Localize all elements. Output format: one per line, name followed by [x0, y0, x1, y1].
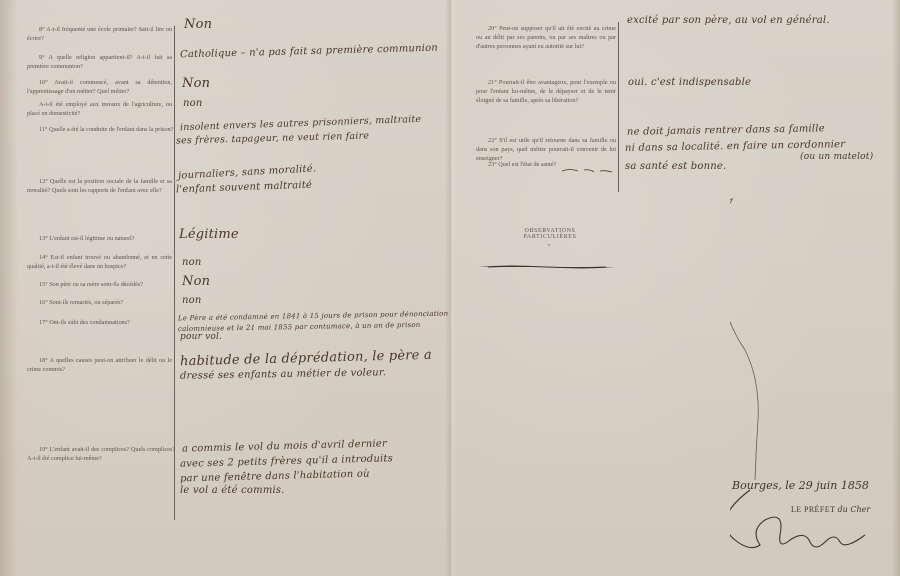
signature-place-date: Bourges, le 29 juin 1858 [732, 479, 869, 492]
question-22: 22° S'il est utile qu'il retourne dans s… [476, 136, 616, 163]
answer-13: Légitime [179, 228, 239, 242]
question-13: 13° L'enfant est-il légitime ou naturel? [27, 234, 172, 243]
answer-23: sa santé est bonne. [625, 160, 726, 174]
answer-20: excité par son père, au vol en général. [627, 14, 830, 28]
decorative-flourish [478, 264, 616, 270]
center-fold [445, 0, 457, 576]
question-15: 15° Son père ou sa mère sont-ils décédés… [27, 280, 172, 289]
answer-15: Non [182, 275, 210, 289]
answer-22-line3: (ou un matelot) [800, 150, 873, 164]
answer-21: oui. c'est indispensable [628, 76, 751, 90]
question-21: 21° Pourrait-il être avantageux, pour l'… [476, 78, 616, 105]
answer-14: non [182, 256, 202, 270]
handwritten-dash-mark [560, 165, 615, 175]
observations-bullet: • [548, 243, 550, 249]
signature-title: LE PRÉFET du Cher [791, 505, 870, 514]
question-18: 18° A quelles causes peut-on attribuer l… [27, 356, 172, 374]
question-20: 20° Peut-on supposer qu'il ait été excit… [476, 24, 616, 51]
answer-8: Non [184, 18, 212, 32]
question-10b: A-t-il été employé aux travaux de l'agri… [27, 100, 172, 118]
answer-17-line3: pour vol. [180, 330, 222, 344]
answer-16: non [182, 294, 202, 308]
question-14: 14° Est-il enfant trouvé ou abandonné, e… [27, 253, 172, 271]
question-19: 19° L'enfant avait-il des complices? Que… [27, 445, 175, 463]
question-17: 17° Ont-ils subi des condamnations? [27, 318, 172, 327]
question-8: 8° A-t-il fréquenté une école primaire? … [27, 25, 172, 43]
answer-19-line4: le vol a été commis. [180, 484, 285, 498]
question-10: 10° Avait-il commencé, avant sa détentio… [27, 78, 172, 96]
answer-10: Non [182, 77, 210, 91]
question-9: 9° A quelle religion appartient-il? A-t-… [27, 53, 172, 71]
page-edge-shadow [0, 0, 18, 576]
prefect-department: du Cher [838, 505, 871, 514]
column-divider-right [618, 22, 619, 192]
answer-10b: non [183, 97, 203, 111]
question-11: 11° Quelle a été la conduite de l'enfant… [27, 125, 177, 134]
prefect-label: LE PRÉFET [791, 505, 835, 514]
observations-heading: OBSERVATIONS PARTICULIÈRES [500, 228, 600, 240]
question-12: 12° Quelle est la position sociale de la… [27, 177, 172, 195]
question-16: 16° Sont-ils remariés, ou séparés? [27, 298, 172, 307]
